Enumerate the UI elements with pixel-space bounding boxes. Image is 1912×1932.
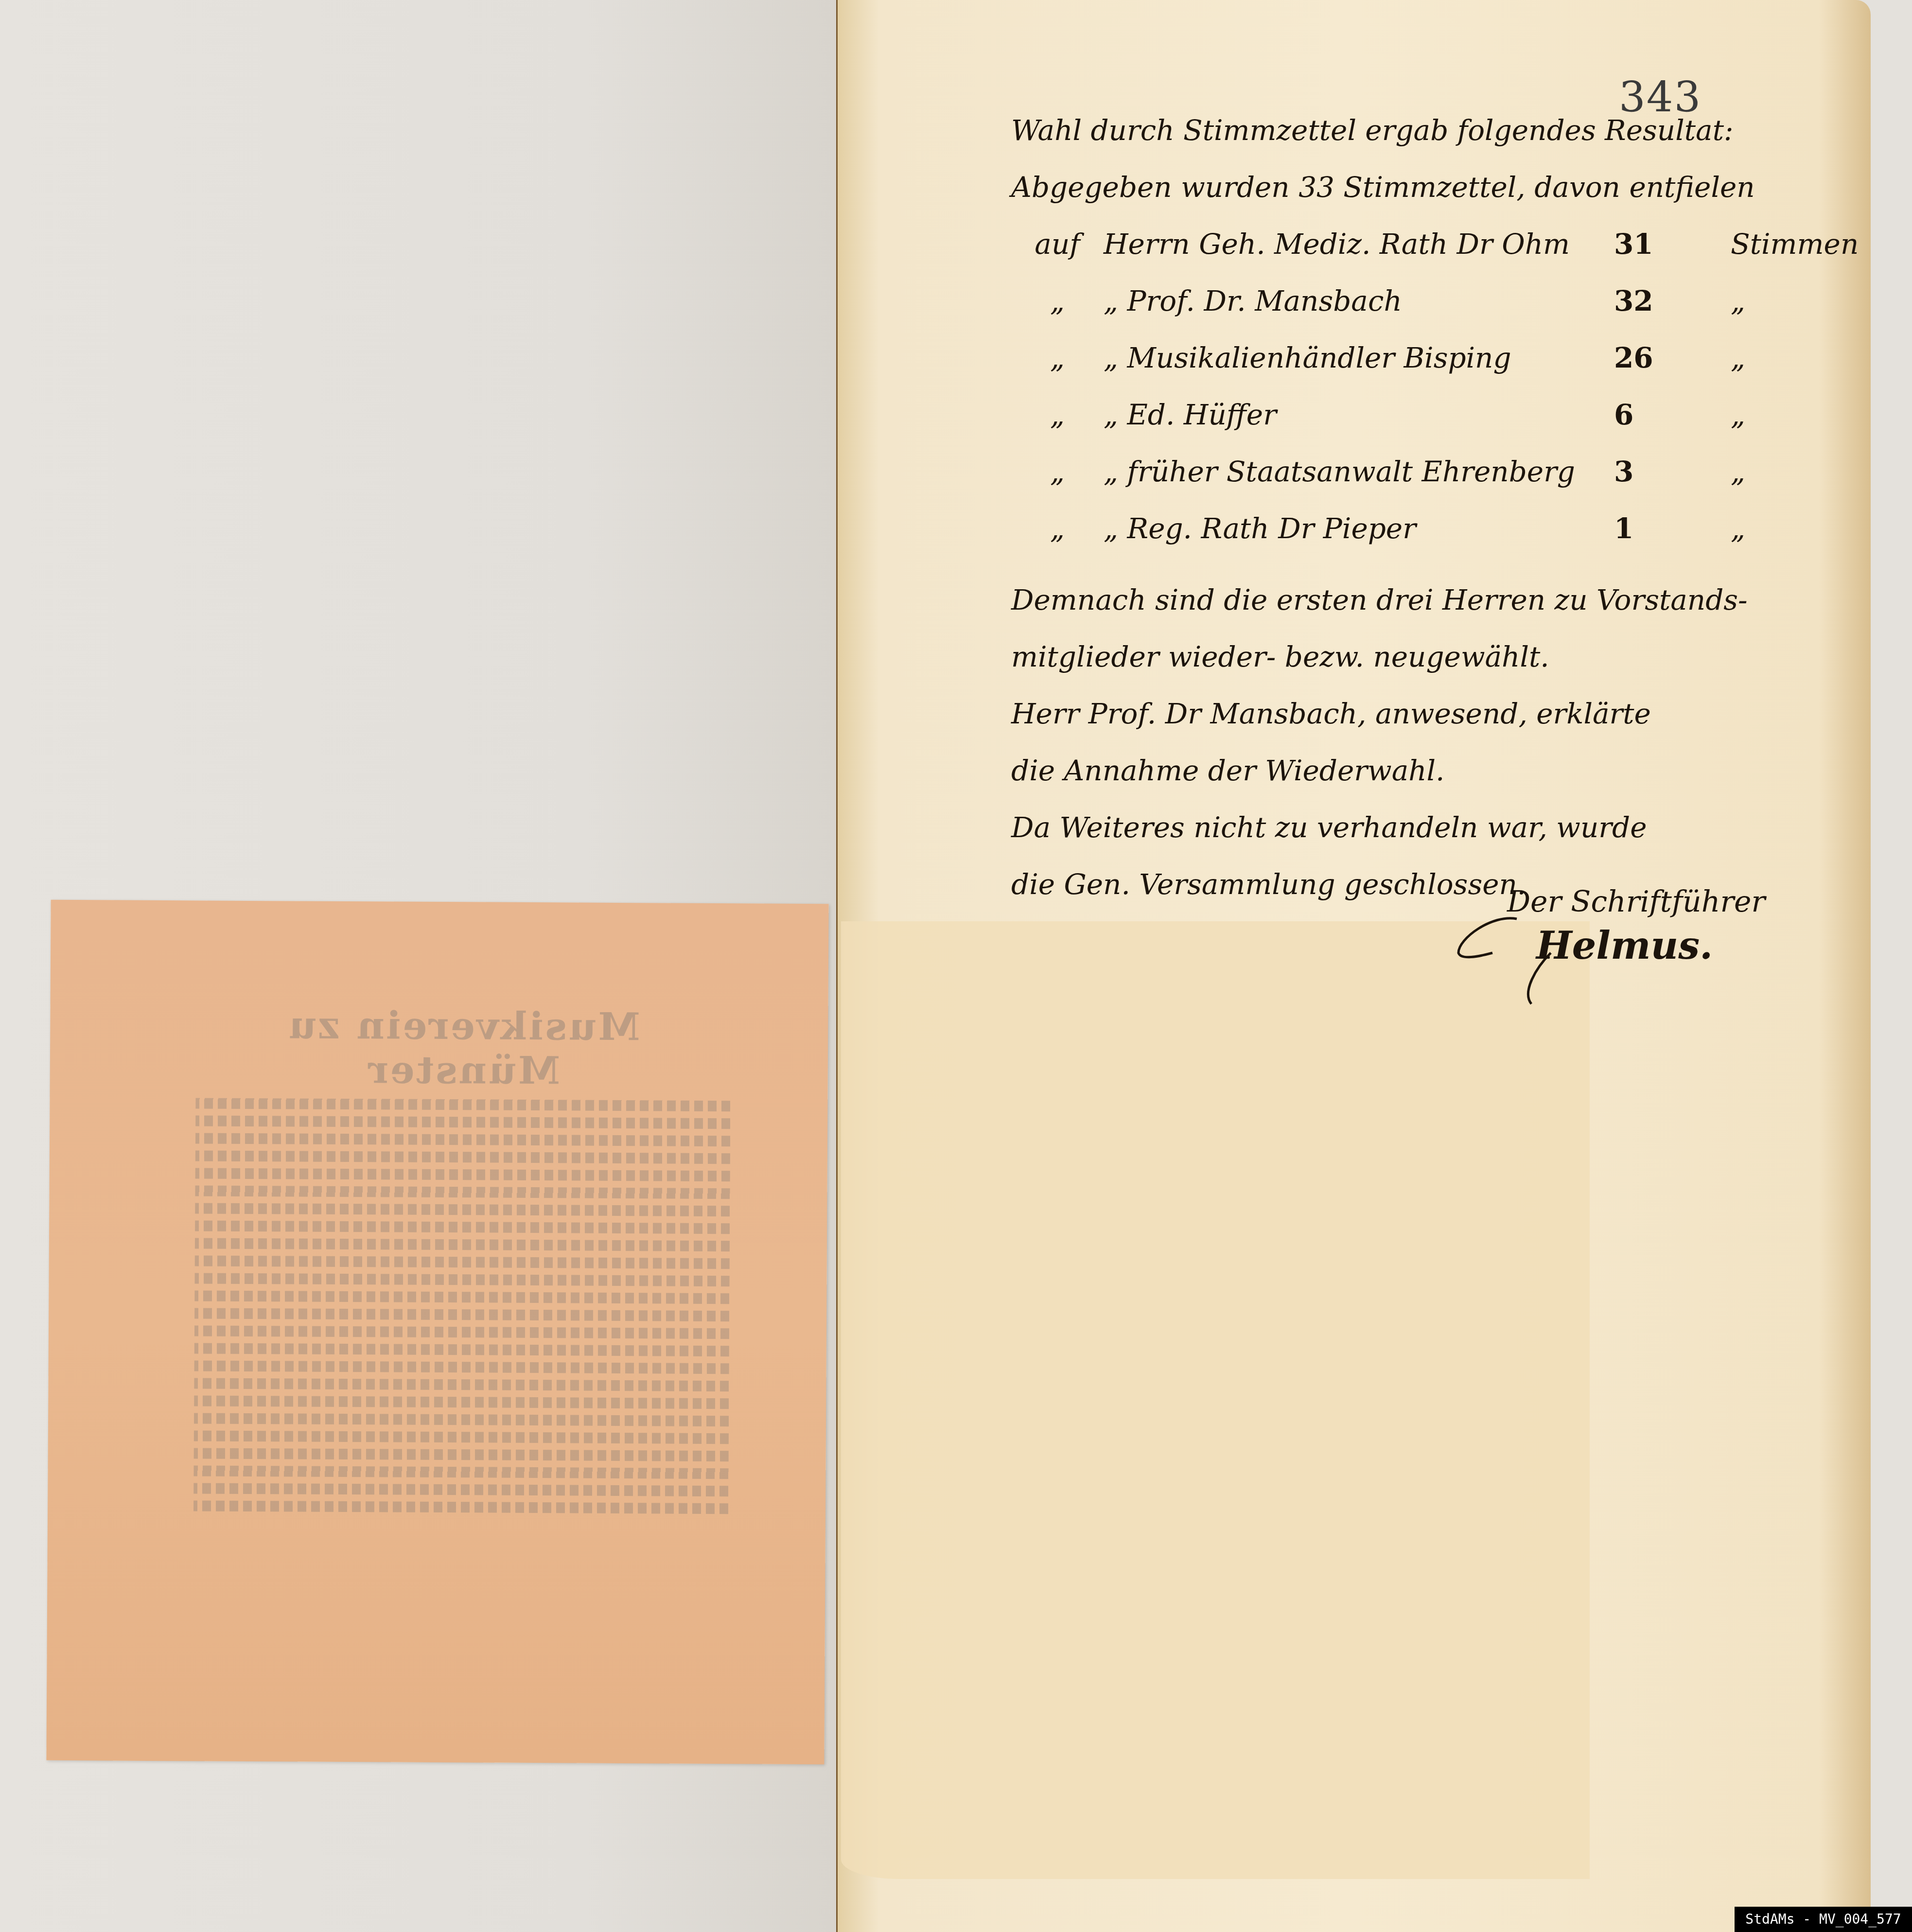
vote-count: 31	[1614, 216, 1731, 273]
vote-count: 6	[1614, 386, 1731, 443]
candidate-name: „ Prof. Dr. Mansbach	[1104, 273, 1614, 330]
intro-line: Abgegeben wurden 33 Stimmzettel, davon e…	[1011, 159, 1838, 216]
vote-prefix: „	[1011, 273, 1104, 330]
vote-row: „ „ Musikalienhändler Bisping 26 „	[1011, 330, 1838, 386]
vote-count: 32	[1614, 273, 1731, 330]
signature-block: Der Schriftführer Helmus.	[1439, 885, 1828, 968]
slip-show-through-text: Musikverein zu Münster	[193, 1002, 731, 1521]
closing-line: Herr Prof. Dr Mansbach, anwesend, erklär…	[1011, 685, 1838, 742]
vote-unit: „	[1731, 443, 1838, 500]
candidate-name: „ Ed. Hüffer	[1104, 386, 1614, 443]
vote-unit: „	[1731, 500, 1838, 557]
closing-line: Demnach sind die ersten drei Herren zu V…	[1011, 572, 1838, 629]
signature-role: Der Schriftführer	[1507, 885, 1828, 919]
candidate-name: „ früher Staatsanwalt Ehrenberg	[1104, 443, 1614, 500]
manuscript-text: Wahl durch Stimmzettel ergab folgendes R…	[1011, 102, 1838, 913]
vote-prefix: auf	[1011, 216, 1104, 273]
vote-prefix: „	[1011, 386, 1104, 443]
candidate-name: „ Musikalienhändler Bisping	[1104, 330, 1614, 386]
candidate-name: „ Reg. Rath Dr Pieper	[1104, 500, 1614, 557]
archive-reference-label: StdAMs - MV_004_577	[1735, 1907, 1912, 1932]
closing-line: mitglieder wieder- bezw. neugewählt.	[1011, 629, 1838, 685]
closing-line: Da Weiteres nicht zu verhandeln war, wur…	[1011, 799, 1838, 856]
vote-unit: Stimmen	[1731, 216, 1838, 273]
vote-row: auf Herrn Geh. Mediz. Rath Dr Ohm 31 Sti…	[1011, 216, 1838, 273]
vote-count: 3	[1614, 443, 1731, 500]
candidate-name: Herrn Geh. Mediz. Rath Dr Ohm	[1104, 216, 1614, 273]
vote-unit: „	[1731, 273, 1838, 330]
pasted-overlay-sheet	[841, 921, 1590, 1879]
vote-prefix: „	[1011, 443, 1104, 500]
vote-prefix: „	[1011, 500, 1104, 557]
vote-row: „ „ Reg. Rath Dr Pieper 1 „	[1011, 500, 1838, 557]
vote-unit: „	[1731, 386, 1838, 443]
vote-count: 1	[1614, 500, 1731, 557]
slip-mirrored-title: Musikverein zu Münster	[196, 1002, 731, 1094]
intro-line: Wahl durch Stimmzettel ergab folgendes R…	[1011, 102, 1838, 159]
slip-ghost-lines	[193, 1098, 730, 1514]
closing-line: die Annahme der Wiederwahl.	[1011, 742, 1838, 799]
attached-newspaper-slip: Musikverein zu Münster	[46, 900, 828, 1764]
vote-row: „ „ früher Staatsanwalt Ehrenberg 3 „	[1011, 443, 1838, 500]
vote-row: „ „ Prof. Dr. Mansbach 32 „	[1011, 273, 1838, 330]
vote-count: 26	[1614, 330, 1731, 386]
vote-row: „ „ Ed. Hüffer 6 „	[1011, 386, 1838, 443]
vote-unit: „	[1731, 330, 1838, 386]
signature-name: Helmus.	[1536, 924, 1828, 968]
vote-prefix: „	[1011, 330, 1104, 386]
